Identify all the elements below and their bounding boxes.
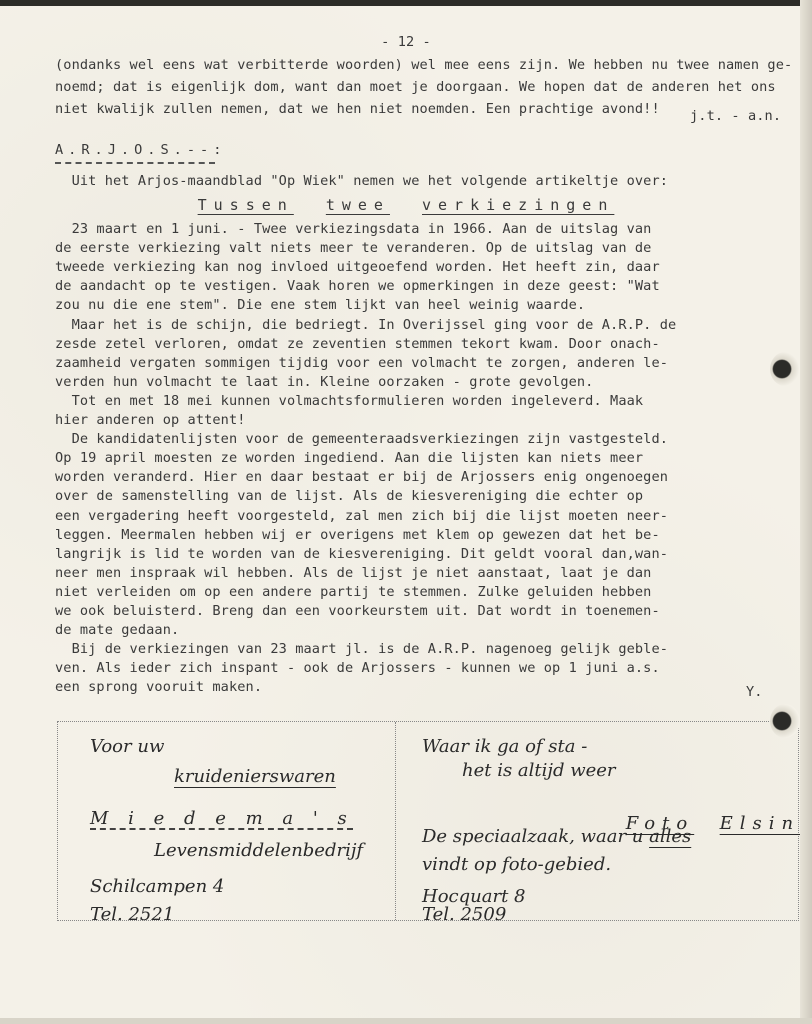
intro-signature: j.t. - a.n.	[690, 108, 781, 124]
article-title-word: verkiezingen	[422, 196, 614, 214]
text-line: noemd; dat is eigenlijk dom, want dan mo…	[55, 78, 776, 96]
text-line: niet kwalijk zullen nemen, dat we hen ni…	[55, 100, 660, 118]
binding-hole	[770, 704, 800, 738]
text-line: zou nu die ene stem". Die ene stem lijkt…	[55, 296, 585, 314]
business-phone: Tel. 2521	[90, 904, 174, 925]
text-line: een sprong vooruit maken.	[55, 678, 262, 696]
text-line: over de samenstelling van de lijst. Als …	[55, 487, 643, 505]
text-line: 23 maart en 1 juni. - Twee verkiezingsda…	[55, 220, 651, 238]
text-line: Tot en met 18 mei kunnen volmachtsformul…	[55, 392, 643, 410]
business-name: M i e d e m a ' s	[90, 808, 354, 829]
text-line: De kandidatenlijsten voor de gemeenteraa…	[55, 430, 668, 448]
business-tagline-line2: vindt op foto-gebied.	[422, 854, 611, 875]
text-line: ven. Als ieder zich inspant - ook de Arj…	[55, 659, 660, 677]
page-number: - 12 -	[0, 34, 812, 50]
tagline-text: De speciaalzaak, waar u	[422, 826, 649, 847]
text-line: een vergadering heeft voorgesteld, zal m…	[55, 507, 668, 525]
business-subtitle: Levensmiddelenbedrijf	[154, 840, 363, 861]
article-title-word: twee	[326, 196, 390, 214]
document-page: - 12 - (ondanks wel eens wat verbitterde…	[0, 0, 800, 1018]
text-line: Bij de verkiezingen van 23 maart jl. is …	[55, 640, 668, 658]
text-line: neer men inspraak wil hebben. Als de lij…	[55, 564, 651, 582]
business-phone: Tel. 2509	[422, 904, 506, 925]
advertisement-miedema: Voor uw kruidenierswaren M i e d e m a '…	[58, 722, 396, 920]
text-line: langrijk is lid te worden van de kiesver…	[55, 545, 668, 563]
text-line: zaamheid vergaten sommigen tijdig voor e…	[55, 354, 668, 372]
text-line: de mate gedaan.	[55, 621, 179, 639]
ad-line: kruidenierswaren	[174, 766, 336, 787]
text-line: hier anderen op attent!	[55, 411, 246, 429]
page-edge	[800, 0, 812, 1024]
text-line: Op 19 april moesten ze worden ingediend.…	[55, 449, 643, 467]
ad-line: Waar ik ga of sta -	[422, 736, 587, 757]
text-line: (ondanks wel eens wat verbitterde woorde…	[55, 56, 792, 74]
text-line: de eerste verkiezing valt niets meer te …	[55, 239, 651, 257]
article-title-word: Tussen	[198, 196, 294, 214]
text-line: de aandacht op te vestigen. Vaak horen w…	[55, 277, 660, 295]
section-heading-underline	[55, 162, 215, 164]
text-line: Maar het is de schijn, die bedriegt. In …	[55, 316, 676, 334]
advertisement-elsinga: Waar ik ga of sta - het is altijd weer F…	[396, 722, 798, 920]
text-line: leggen. Meermalen hebben wij er overigen…	[55, 526, 660, 544]
section-intro: Uit het Arjos-maandblad "Op Wiek" nemen …	[55, 172, 668, 190]
text-line: we ook beluisterd. Breng dan een voorkeu…	[55, 602, 660, 620]
text-line: zesde zetel verloren, omdat ze zeventien…	[55, 335, 660, 353]
section-heading: A.R.J.O.S.--:	[55, 142, 226, 158]
ad-line: het is altijd weer	[462, 760, 616, 781]
ad-line: Voor uw	[90, 736, 164, 757]
text-line: worden veranderd. Hier en daar bestaat e…	[55, 468, 668, 486]
text-line: tweede verkiezing kan nog invloed uitgeo…	[55, 258, 660, 276]
text-line: verden hun volmacht te laat in. Kleine o…	[55, 373, 593, 391]
business-tagline: De speciaalzaak, waar u alles	[422, 826, 691, 847]
text-line: niet verleiden om op een andere partij t…	[55, 583, 651, 601]
tagline-emphasis: alles	[649, 826, 691, 847]
business-address: Schilcampen 4	[90, 876, 224, 897]
advertisement-box: Voor uw kruidenierswaren M i e d e m a '…	[57, 721, 799, 921]
binding-hole	[770, 352, 800, 386]
page-bottom-edge	[0, 1018, 812, 1024]
article-title: Tussen twee verkiezingen	[0, 196, 812, 214]
business-name-word: Elsinga	[720, 813, 812, 834]
article-signature: Y.	[746, 684, 763, 700]
